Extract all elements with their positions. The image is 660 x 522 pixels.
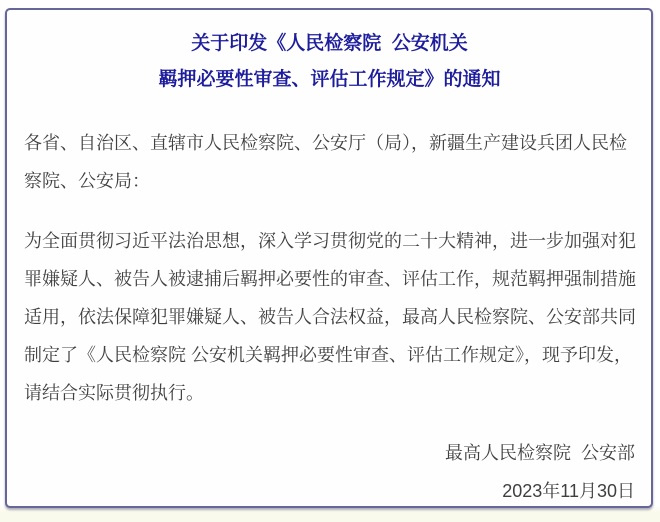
body-paragraph: 为全面贯彻习近平法治思想，深入学习贯彻党的二十大精神，进一步加强对犯 罪嫌疑人、… [24, 222, 635, 412]
title-line-2: 羁押必要性审查、评估工作规定》的通知 [24, 62, 635, 98]
title-line-1: 关于印发《人民检察院 公安机关 [24, 26, 635, 62]
body-line-4: 制定了《人民检察院 公安机关羁押必要性审查、评估工作规定》，现予印发， [24, 336, 635, 374]
salutation-line-1: 各省、自治区、直辖市人民检察院、公安厅（局），新疆生产建设兵团人民检 [24, 124, 635, 162]
body-line-2: 罪嫌疑人、被告人被逮捕后羁押必要性的审查、评估工作，规范羁押强制措施 [24, 260, 635, 298]
notice-title: 关于印发《人民检察院 公安机关 羁押必要性审查、评估工作规定》的通知 [24, 26, 635, 98]
signature-block: 最高人民检察院 公安部 2023年11月30日 [24, 434, 635, 510]
notice-card: 关于印发《人民检察院 公安机关 羁押必要性审查、评估工作规定》的通知 各省、自治… [5, 8, 653, 508]
body-line-1: 为全面贯彻习近平法治思想，深入学习贯彻党的二十大精神，进一步加强对犯 [24, 222, 635, 260]
body-line-5: 请结合实际贯彻执行。 [24, 374, 635, 412]
page: 关于印发《人民检察院 公安机关 羁押必要性审查、评估工作规定》的通知 各省、自治… [0, 0, 660, 522]
salutation: 各省、自治区、直辖市人民检察院、公安厅（局），新疆生产建设兵团人民检 察院、公安… [24, 124, 635, 200]
notice-content: 关于印发《人民检察院 公安机关 羁押必要性审查、评估工作规定》的通知 各省、自治… [7, 10, 651, 510]
signature: 最高人民检察院 公安部 [24, 434, 635, 472]
salutation-line-2: 察院、公安局： [24, 162, 635, 200]
date: 2023年11月30日 [24, 472, 635, 510]
body-line-3: 适用，依法保障犯罪嫌疑人、被告人合法权益，最高人民检察院、公安部共同 [24, 298, 635, 336]
